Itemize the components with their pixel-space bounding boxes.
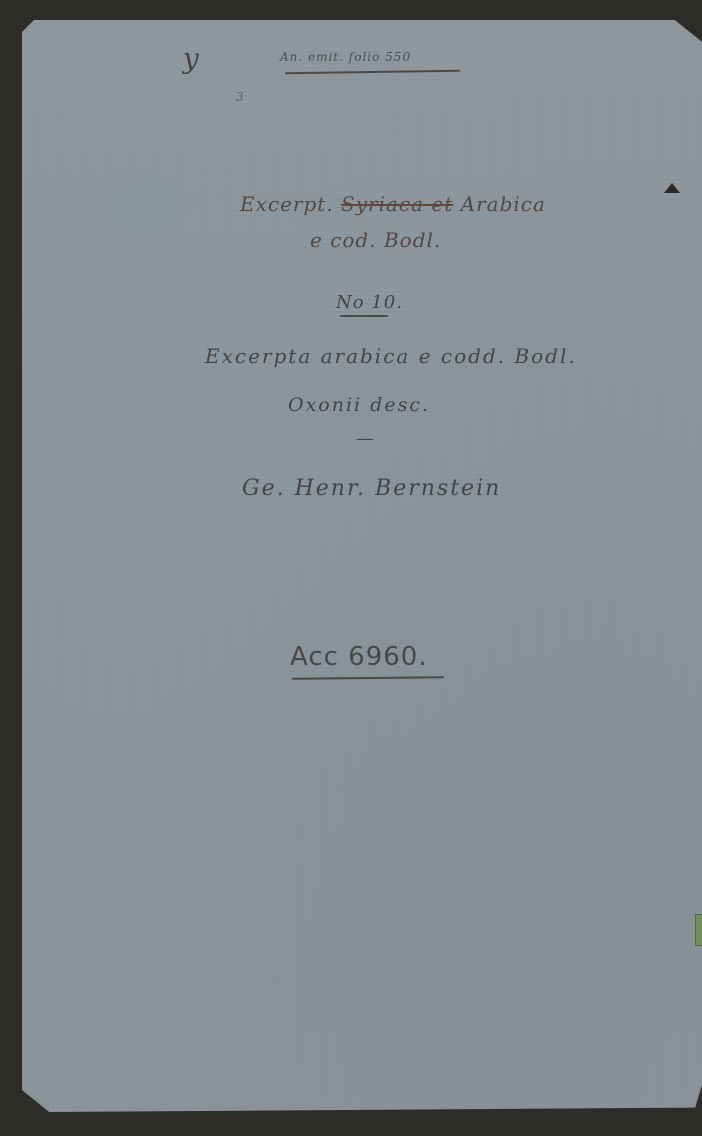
number-underline (340, 315, 388, 317)
place-line: Oxonii desc. (288, 394, 430, 416)
title-line-2: e cod. Bodl. (310, 228, 441, 252)
edge-tear (664, 183, 680, 193)
title-suffix: Arabica (461, 192, 546, 216)
paper-stain (62, 600, 222, 720)
author-line: Ge. Henr. Bernstein (242, 476, 501, 501)
title-line-1: Excerpt. Syriaca et Arabica (240, 192, 546, 216)
green-edge-tag (695, 914, 702, 946)
small-mark: 3 (236, 90, 245, 104)
paper-sheet (22, 20, 702, 1112)
paper-stain (92, 160, 202, 250)
top-note: An. emit. folio 550 (280, 50, 411, 64)
title-struck-text: Syriaca et (341, 192, 453, 216)
accession-number: Acc 6960. (290, 642, 428, 672)
scan-background: y 3 An. emit. folio 550 Excerpt. Syriaca… (0, 0, 702, 1136)
number-heading: No 10. (336, 292, 403, 313)
paper-stain (442, 780, 642, 920)
corner-mark: y (183, 42, 200, 75)
title-prefix: Excerpt. (240, 192, 334, 216)
separator-dash: — (356, 428, 375, 449)
excerpt-line: Excerpta arabica e codd. Bodl. (205, 344, 577, 368)
